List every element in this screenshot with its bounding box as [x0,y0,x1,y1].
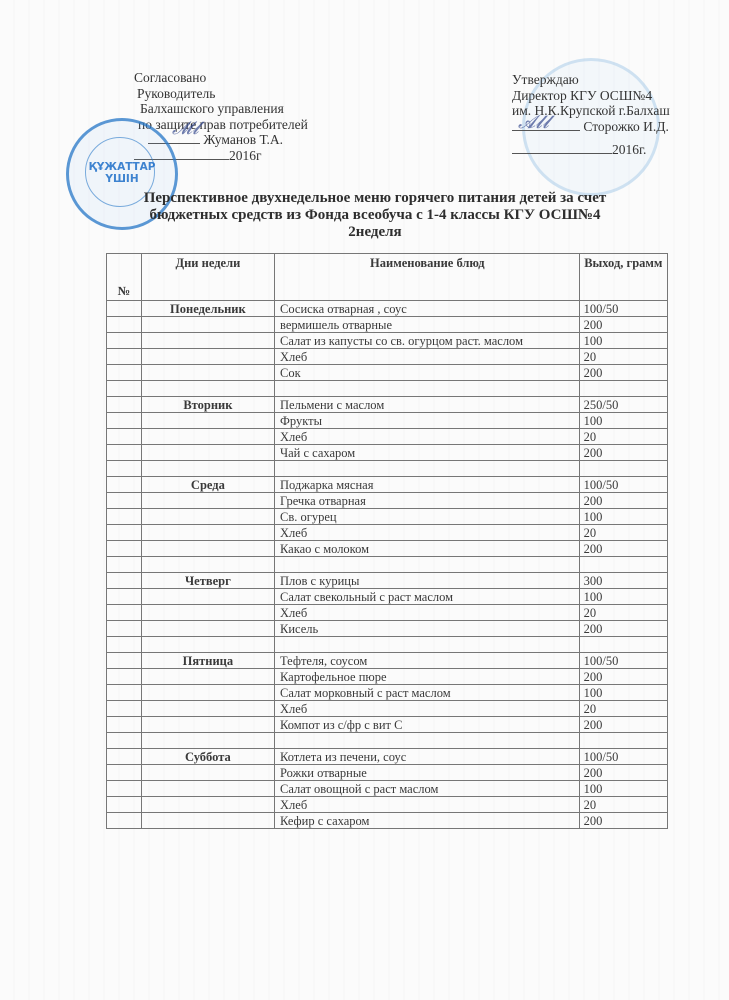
dish-name: Фрукты [275,413,580,429]
table-row: Хлеб20 [107,349,668,365]
dish-name: Сосиска отварная , соус [275,301,580,317]
handwritten-signature-left: 𝓜𝓵 [172,118,199,139]
dish-name: Компот из с/фр с вит С [275,717,580,733]
dish-name: Хлеб [275,349,580,365]
dish-name: Поджарка мясная [275,477,580,493]
dish-name: Какао с молоком [275,541,580,557]
dish-name: Хлеб [275,605,580,621]
table-row: Гречка отварная200 [107,493,668,509]
dish-output: 200 [579,717,667,733]
table-row: Хлеб20 [107,525,668,541]
dish-output: 200 [579,317,667,333]
dish-name: Тефтеля, соусом [275,653,580,669]
dish-output: 100/50 [579,301,667,317]
day-label: Среда [141,477,274,493]
document-title: Перспективное двухнедельное меню горячег… [120,190,630,241]
approval-left-line3: Балхашского управления [134,101,334,117]
dish-name: Котлета из печени, соус [275,749,580,765]
approval-left-line2: Руководитель [134,86,334,102]
stamp-text-line2: ҮШІН [69,173,175,185]
dish-output: 100 [579,333,667,349]
approval-right-line2: Директор КГУ ОСШ№4 [512,88,722,104]
table-header-row: № Дни недели Наименование блюд Выход, гр… [107,254,668,301]
table-row: Какао с молоком200 [107,541,668,557]
dish-output: 300 [579,573,667,589]
table-row: Салат из капусты со св. огурцом раст. ма… [107,333,668,349]
dish-output: 20 [579,797,667,813]
table-row: СубботаКотлета из печени, соус100/50 [107,749,668,765]
dish-output: 100 [579,781,667,797]
dish-output: 200 [579,621,667,637]
day-label: Вторник [141,397,274,413]
table-row: СредаПоджарка мясная100/50 [107,477,668,493]
day-label: Суббота [141,749,274,765]
dish-output: 20 [579,701,667,717]
handwritten-signature-right: 𝓐𝓵𝓵 [518,112,549,133]
approval-right-signer: Сторожко И.Д. [583,119,669,134]
spacer-row [107,557,668,573]
table-row: Хлеб20 [107,701,668,717]
header-day: Дни недели [141,254,274,301]
dish-name: Рожки отварные [275,765,580,781]
table-row: вермишель отварные200 [107,317,668,333]
dish-name: вермишель отварные [275,317,580,333]
title-line1: Перспективное двухнедельное меню горячег… [120,190,630,207]
dish-output: 100 [579,685,667,701]
table-row: Рожки отварные200 [107,765,668,781]
dish-name: Гречка отварная [275,493,580,509]
dish-output: 200 [579,669,667,685]
table-row: Кисель200 [107,621,668,637]
dish-name: Св. огурец [275,509,580,525]
table-row: Св. огурец100 [107,509,668,525]
dish-name: Салат свекольный с раст маслом [275,589,580,605]
header-dish: Наименование блюд [275,254,580,301]
dish-name: Кефир с сахаром [275,813,580,829]
dish-name: Хлеб [275,701,580,717]
table-row: ПонедельникСосиска отварная , соус100/50 [107,301,668,317]
dish-name: Чай с сахаром [275,445,580,461]
date-line [512,153,612,154]
table-row: Салат свекольный с раст маслом100 [107,589,668,605]
dish-output: 100/50 [579,749,667,765]
dish-output: 200 [579,365,667,381]
table-row: Компот из с/фр с вит С200 [107,717,668,733]
dish-name: Салат овощной с раст маслом [275,781,580,797]
stamp-text-line1: ҚҰЖАТТАР [69,161,175,173]
table-row: Хлеб20 [107,429,668,445]
title-line3: 2неделя [120,224,630,241]
dish-name: Салат из капусты со св. огурцом раст. ма… [275,333,580,349]
stamp-text: ҚҰЖАТТАР ҮШІН [69,161,175,185]
approval-left-line1: Согласовано [134,70,334,86]
dish-output: 20 [579,349,667,365]
dish-output: 200 [579,813,667,829]
dish-output: 250/50 [579,397,667,413]
day-label: Пятница [141,653,274,669]
table-row: Картофельное пюре200 [107,669,668,685]
dish-name: Картофельное пюре [275,669,580,685]
dish-output: 100 [579,413,667,429]
dish-output: 100/50 [579,653,667,669]
dish-name: Плов с курицы [275,573,580,589]
table-row: Хлеб20 [107,797,668,813]
table-row: ЧетвергПлов с курицы300 [107,573,668,589]
dish-output: 20 [579,429,667,445]
dish-name: Хлеб [275,429,580,445]
table-row: ПятницаТефтеля, соусом100/50 [107,653,668,669]
spacer-row [107,637,668,653]
table-row: Хлеб20 [107,605,668,621]
dish-name: Пельмени с маслом [275,397,580,413]
dish-output: 200 [579,445,667,461]
spacer-row [107,381,668,397]
dish-output: 100/50 [579,477,667,493]
day-label: Четверг [141,573,274,589]
table-row: ВторникПельмени с маслом250/50 [107,397,668,413]
header-num: № [107,254,142,301]
dish-output: 100 [579,589,667,605]
dish-output: 200 [579,765,667,781]
menu-table: № Дни недели Наименование блюд Выход, гр… [106,253,668,829]
approval-left-line4: по защите прав потребителей [134,117,334,133]
dish-name: Хлеб [275,797,580,813]
table-row: Сок200 [107,365,668,381]
dish-output: 20 [579,605,667,621]
header-output: Выход, грамм [579,254,667,301]
table-row: Чай с сахаром200 [107,445,668,461]
approval-left-signer: Жуманов Т.А. [203,132,283,147]
table-row: Салат морковный с раст маслом100 [107,685,668,701]
spacer-row [107,733,668,749]
table-row: Фрукты100 [107,413,668,429]
dish-name: Кисель [275,621,580,637]
dish-output: 200 [579,493,667,509]
table-row: Салат овощной с раст маслом100 [107,781,668,797]
title-line2: бюджетных средств из Фонда всеобуча с 1-… [120,207,630,224]
dish-name: Сок [275,365,580,381]
approval-right-date: 2016г. [612,142,646,157]
dish-output: 20 [579,525,667,541]
dish-output: 100 [579,509,667,525]
table-row: Кефир с сахаром200 [107,813,668,829]
dish-name: Салат морковный с раст маслом [275,685,580,701]
day-label: Понедельник [141,301,274,317]
approval-left-date: 2016г [229,148,262,163]
approval-right-line1: Утверждаю [512,72,722,88]
spacer-row [107,461,668,477]
dish-name: Хлеб [275,525,580,541]
dish-output: 200 [579,541,667,557]
